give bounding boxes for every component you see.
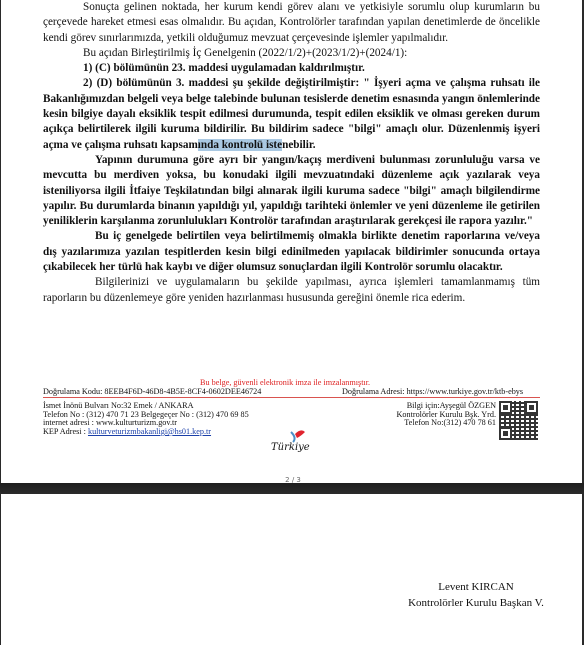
document-page-3: Levent KIRCAN Kontrolörler Kurulu Başkan… xyxy=(1,494,582,645)
turkiye-logo-icon: Türkiye xyxy=(269,428,319,454)
kep-label: KEP Adresi : xyxy=(43,427,88,436)
paragraph-2: Bu açıdan Birleştirilmiş İç Genelgenin (… xyxy=(43,46,540,61)
footer-website: internet adresi : www.kulturturizm.gov.t… xyxy=(43,418,177,427)
info-contact: Bilgi için:Ayşegül ÖZGEN xyxy=(407,401,496,410)
e-signature-notice: Bu belge, güvenli elektronik imza ile im… xyxy=(200,378,370,387)
paragraph-1: Sonuçta gelinen noktada, her kurum kendi… xyxy=(43,0,540,46)
document-body: Sonuçta gelinen noktada, her kurum kendi… xyxy=(43,0,540,306)
footer-divider xyxy=(43,397,540,398)
page-separator xyxy=(0,483,584,494)
kep-link[interactable]: kulturveturizmbakanligi@hs01.kep.tr xyxy=(88,427,211,436)
document-page-2: Sonuçta gelinen noktada, her kurum kendi… xyxy=(1,0,582,483)
list-item-1: 1) (C) bölümünün 23. maddesi uygulamadan… xyxy=(43,61,540,76)
paragraph-5: Bilgilerinizi ve uygulamaların bu şekild… xyxy=(43,275,540,306)
footer-address: İsmet İnönü Bulvarı No:32 Emek / ANKARA xyxy=(43,401,194,410)
verification-address: Doğrulama Adresi: https://www.turkiye.go… xyxy=(342,387,523,396)
text-selection[interactable]: ında kontrolü iste xyxy=(198,139,282,151)
paragraph-3: Yapının durumuna göre ayrı bir yangın/ka… xyxy=(43,153,540,229)
paragraph-4: Bu iç genelgede belirtilen veya belirtil… xyxy=(43,229,540,275)
list-item-2-text-end: nebilir. xyxy=(282,139,315,151)
signer-name: Levent KIRCAN xyxy=(381,580,571,595)
qr-code-icon xyxy=(499,401,538,440)
svg-text:Türkiye: Türkiye xyxy=(271,442,310,453)
signer-title: Kontrolörler Kurulu Başkan V. xyxy=(381,596,571,611)
info-phone: Telefon No:(312) 470 78 61 xyxy=(404,418,496,427)
verification-code: Doğrulama Kodu: 8EEB4F6D-46D8-4B5E-8CF4-… xyxy=(43,387,261,396)
footer-kep: KEP Adresi : kulturveturizmbakanligi@hs0… xyxy=(43,427,211,436)
list-item-2: 2) (D) bölümünün 3. maddesi şu şekilde d… xyxy=(43,76,540,152)
